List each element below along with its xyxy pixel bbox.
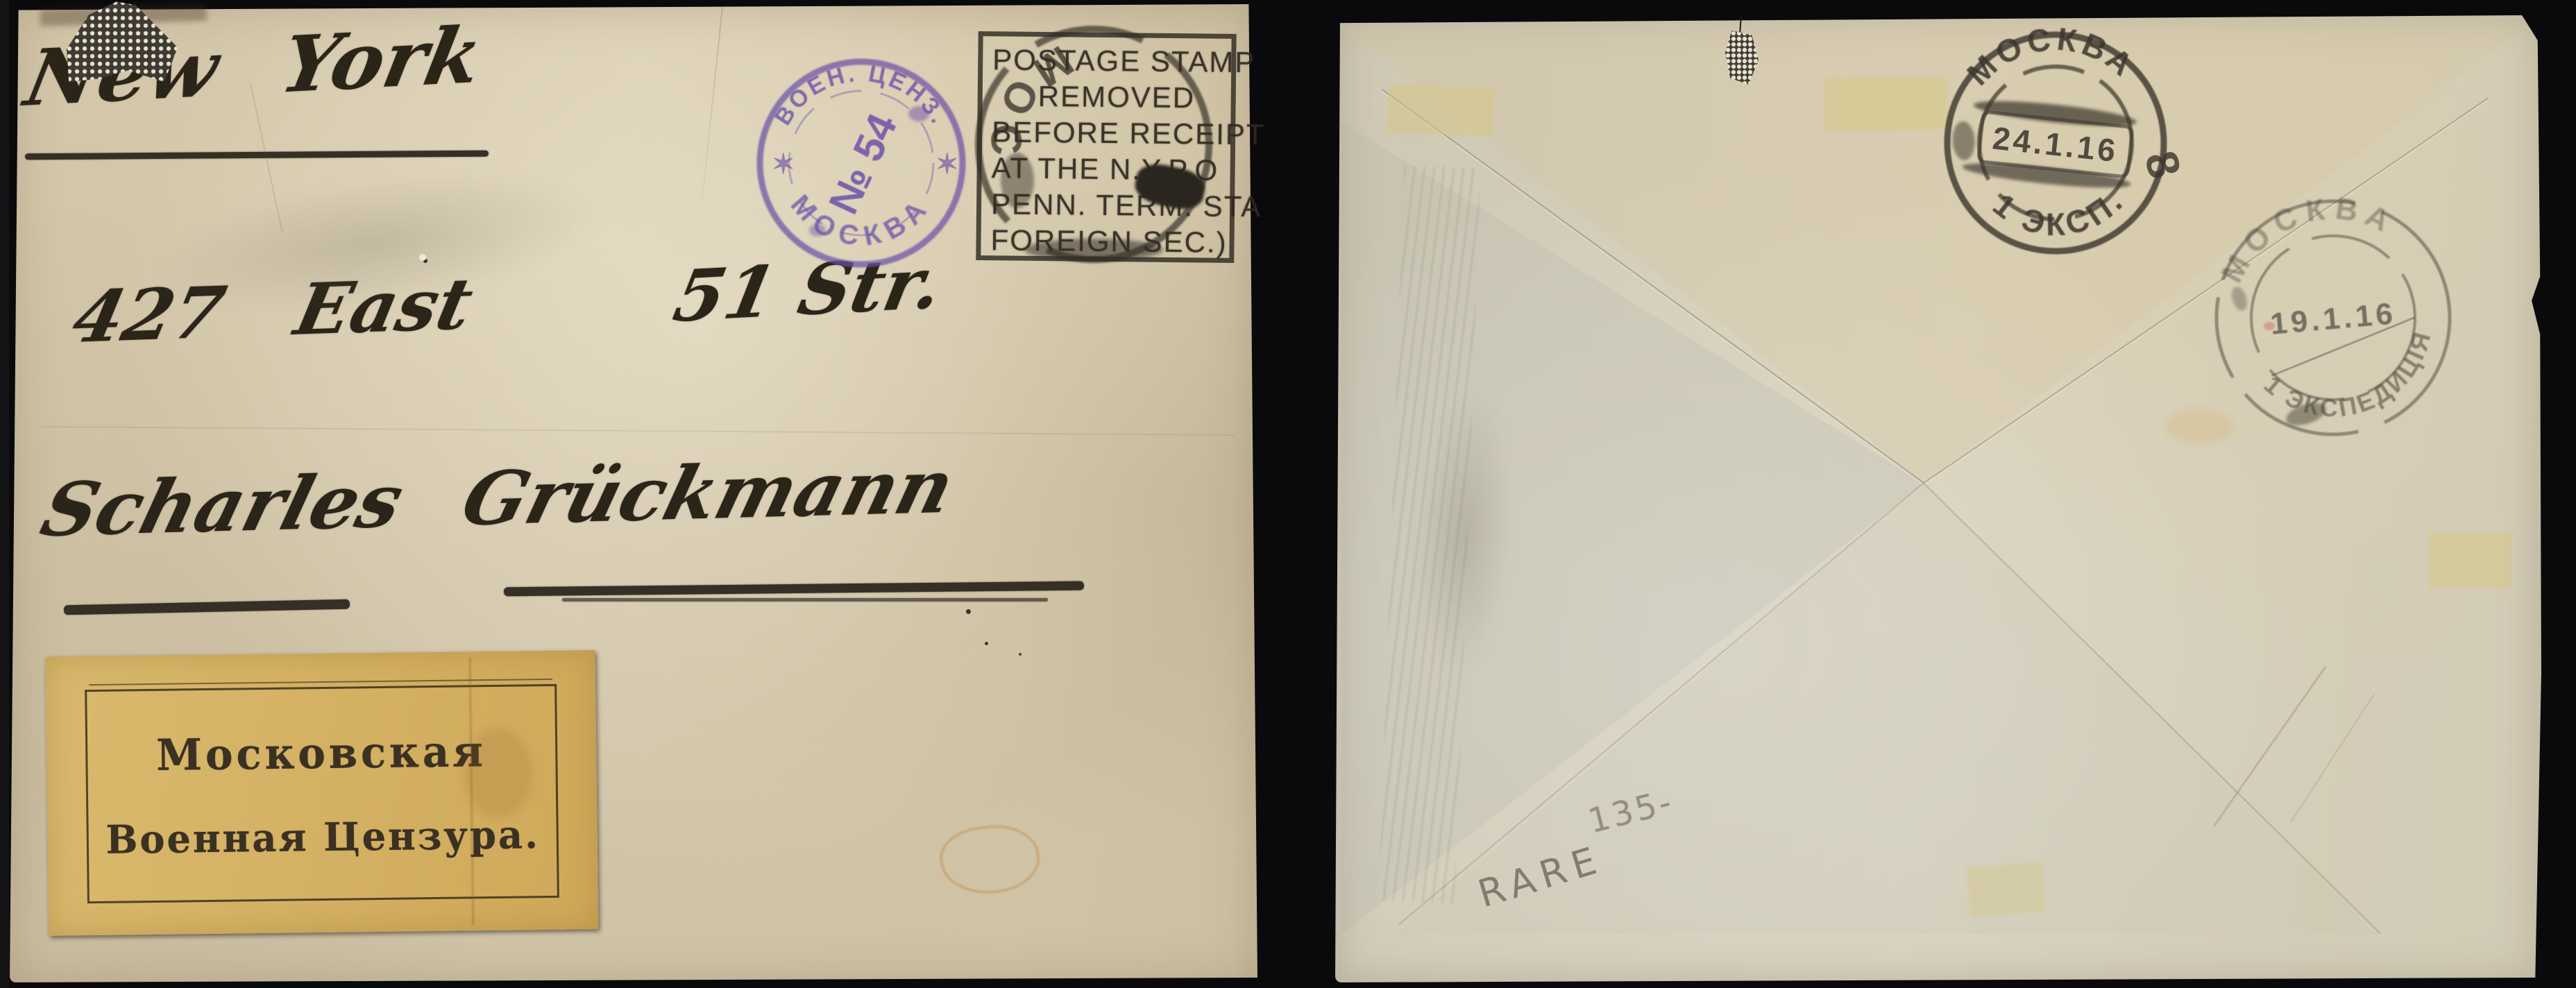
label-line-2: Военная Цензура. [105, 812, 540, 863]
label-stain [463, 727, 534, 818]
ink-speck [966, 609, 971, 614]
tape-remnant [1823, 76, 1947, 131]
ink-speck [985, 642, 988, 645]
tape-remnant [1387, 84, 1494, 136]
cds-date: 19.1.16 [2269, 296, 2397, 341]
censor-number: № 54 [820, 106, 906, 221]
name-underline-right-2 [562, 598, 1048, 602]
censor-star-left: ✶ [772, 149, 795, 180]
offset-blotch [1406, 386, 1523, 683]
moscow-cds-main: МОСКВА 8 1 ЭКСП. 24.1.16 [1931, 19, 2179, 266]
moscow-cds-secondary: МОСКВА 19.1.16 1 ЭКСПЕДИЦІЯ [2208, 193, 2458, 443]
military-censor-label: Московская Военная Цензура. [46, 650, 599, 936]
tape-remnant [2429, 533, 2511, 588]
moscow-cds-partial: МОС [969, 19, 1219, 269]
svg-text:МОС: МОС [981, 36, 1082, 176]
ink-speck [1019, 653, 1022, 656]
censor-circular-handstamp: ВОЕН. ЦЕНЗ. МОСКВА ✶ ✶ № 54 [754, 56, 969, 271]
scanned-postal-cover: New York 427 East 51 Str. Scharles Grück… [0, 0, 2576, 988]
cds-date: 24.1.16 [1991, 120, 2120, 169]
scan-edge-strip [0, 0, 9, 988]
paper-speck [419, 254, 426, 261]
censor-star-right: ✶ [935, 149, 959, 180]
label-line-1: Московская [156, 726, 486, 781]
tape-remnant [1967, 862, 2047, 917]
cds-partial-letters: МОС [981, 36, 1082, 176]
